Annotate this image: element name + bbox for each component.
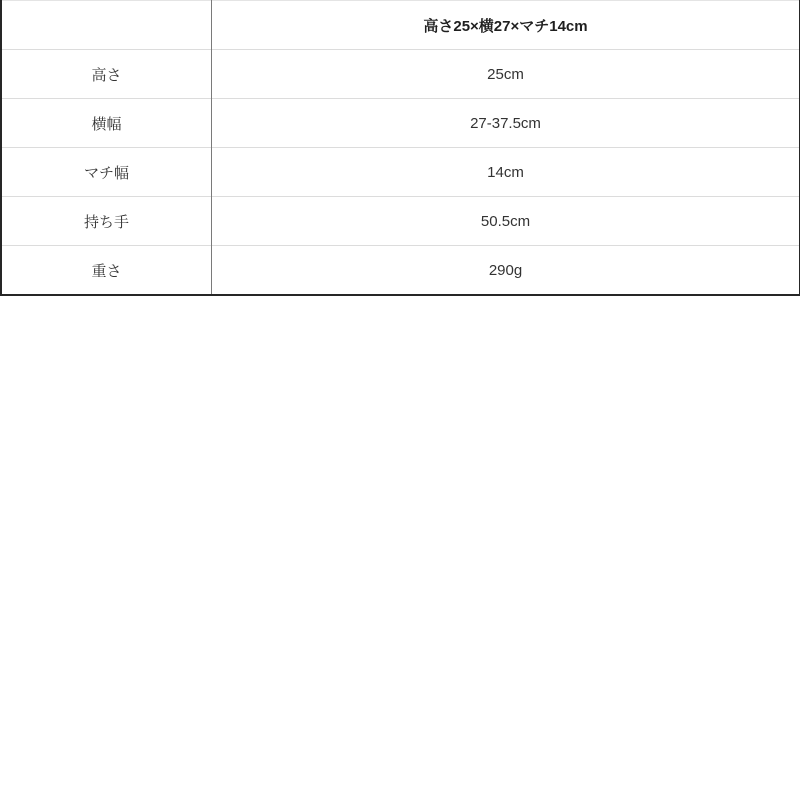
table-row-height: 高さ 25cm <box>1 50 800 99</box>
spec-value: 14cm <box>212 148 800 197</box>
table-row-handle: 持ち手 50.5cm <box>1 197 800 246</box>
table-header-row: 高さ25×横27×マチ14cm <box>1 1 800 50</box>
spec-label: 重さ <box>1 246 212 296</box>
spec-value: 290g <box>212 246 800 296</box>
spec-label: 持ち手 <box>1 197 212 246</box>
table-row-gusset: マチ幅 14cm <box>1 148 800 197</box>
spec-value: 27-37.5cm <box>212 99 800 148</box>
spec-label: 高さ <box>1 50 212 99</box>
header-value-cell: 高さ25×横27×マチ14cm <box>212 1 800 50</box>
header-label-cell <box>1 1 212 50</box>
spec-value: 50.5cm <box>212 197 800 246</box>
size-spec-table: 高さ25×横27×マチ14cm 高さ 25cm 横幅 27-37.5cm マチ幅… <box>0 0 800 296</box>
page-background: { "table": { "header": { "label": "", "v… <box>0 0 800 800</box>
table-row-weight: 重さ 290g <box>1 246 800 296</box>
spec-label: マチ幅 <box>1 148 212 197</box>
spec-value: 25cm <box>212 50 800 99</box>
spec-label: 横幅 <box>1 99 212 148</box>
table-row-width: 横幅 27-37.5cm <box>1 99 800 148</box>
